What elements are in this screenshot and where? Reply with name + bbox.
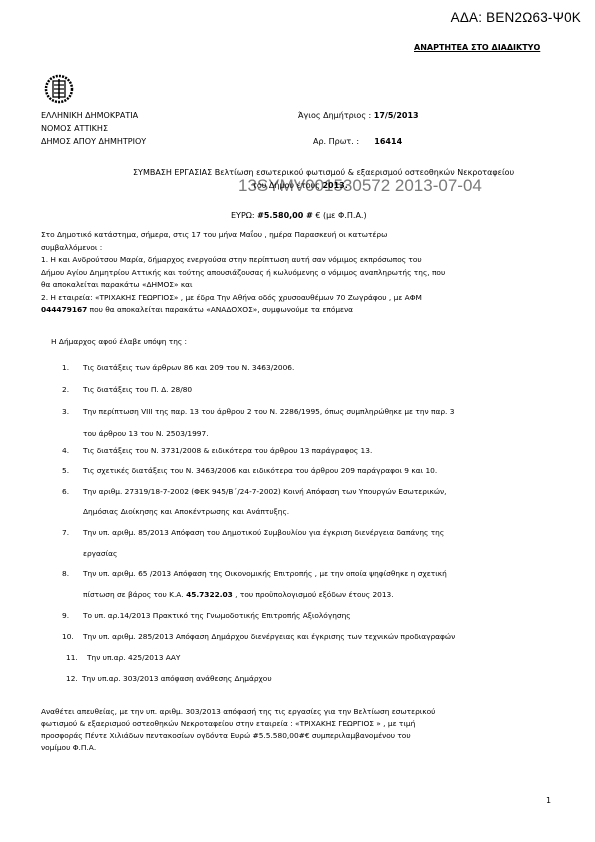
list-item-continuation: του άρθρου 13 του Ν. 2503/1997.: [83, 429, 209, 438]
amount-value: #5.580,00 #: [257, 211, 313, 220]
budget-code: 45.7322.03: [186, 590, 233, 599]
list-item: 9.Το υπ. αρ.14/2013 Πρακτικό της Γνωμοδο…: [62, 611, 351, 620]
intro-paragraph: Στο Δημοτικό κατάστημα, σήμερα, στις 17 …: [41, 229, 445, 317]
document-date: 17/5/2013: [374, 111, 419, 120]
list-item: 1.Τις διατάξεις των άρθρων 86 και 209 το…: [62, 363, 294, 372]
contract-year: 2013.: [322, 181, 347, 190]
org-line-prefecture: ΝΟΜΟΣ ΑΤΤΙΚΗΣ: [41, 124, 108, 133]
list-item: 4.Τις διατάξεις του Ν. 3731/2008 & ειδικ…: [62, 446, 372, 455]
list-item-continuation: Δημόσιας Διοίκησης και Αποκέντρωσης και …: [83, 507, 289, 516]
list-item: 8.Την υπ. αριθμ. 65 /2013 Απόφαση της Οι…: [62, 569, 447, 578]
ada-code: ΑΔΑ: ΒΕΝ2Ω63-Ψ0Κ: [451, 10, 581, 25]
place-date: Άγιος Δημήτριος : 17/5/2013: [298, 111, 419, 120]
protocol-label: Αρ. Πρωτ. :: [313, 137, 359, 146]
protocol-number: 16414: [374, 137, 402, 146]
list-item: 12.Την υπ.αρ. 303/2013 απόφαση ανάθεσης …: [66, 674, 272, 683]
considering-heading: Η Δήμαρχος αφού έλαβε υπόψη της :: [51, 336, 187, 349]
page-number: 1: [546, 796, 551, 805]
place-label: Άγιος Δημήτριος :: [298, 111, 371, 120]
protocol-info: Αρ. Πρωτ. : 16414: [313, 137, 402, 146]
contract-title-line2: του Δήμου έτους 2013.: [252, 181, 348, 190]
contract-amount: ΕΥΡΩ: #5.580,00 # € (με Φ.Π.Α.): [231, 211, 367, 220]
list-item: 6.Την αριθμ. 27319/18-7-2002 (ΦΕΚ 945/Β΄…: [62, 487, 447, 496]
list-item-continuation: εργασίας: [83, 549, 117, 558]
list-item: 11.Την υπ.αρ. 425/2013 ΑΑΥ: [66, 653, 180, 662]
closing-paragraph: Αναθέτει απευθείας, με την υπ. αριθμ. 30…: [41, 706, 435, 754]
list-item: 10.Την υπ. αριθμ. 285/2013 Απόφαση Δημάρ…: [62, 632, 455, 641]
greek-emblem-icon: [44, 74, 74, 104]
online-publication-notice: ΑΝΑΡΤΗΤΕΑ ΣΤΟ ΔΙΑΔΙΚΤΥΟ: [414, 43, 540, 52]
afm-number: 044479167: [41, 305, 87, 314]
org-line-republic: ΕΛΛΗΝΙΚΗ ΔΗΜΟΚΡΑΤΙΑ: [41, 111, 138, 120]
list-item: 5.Τις σχετικές διατάξεις του Ν. 3463/200…: [62, 466, 437, 475]
org-line-municipality: ΔΗΜΟΣ ΑΠΟΥ ΔΗΜΗΤΡΙΟΥ: [41, 137, 146, 146]
list-item-continuation: πίστωση σε βάρος του Κ.Α. 45.7322.03 , τ…: [83, 590, 394, 599]
list-item: 3.Την περίπτωση VIII της παρ. 13 του άρθ…: [62, 407, 454, 416]
list-item: 7.Την υπ. αριθμ. 85/2013 Απόφαση του Δημ…: [62, 528, 444, 537]
list-item: 2.Τις διατάξεις του Π. Δ. 28/80: [62, 385, 192, 394]
